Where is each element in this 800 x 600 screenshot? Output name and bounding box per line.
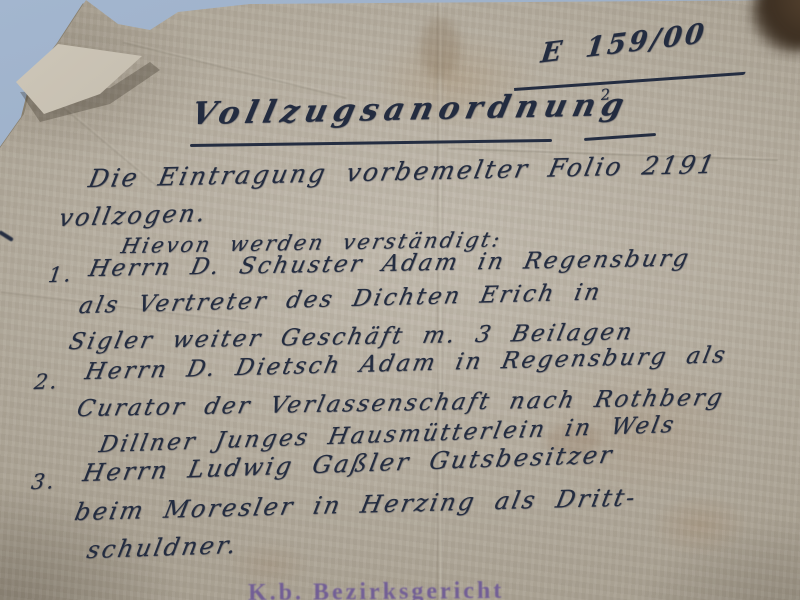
item-3-line-3: schuldner. [85,531,241,564]
item-1-number: 1. [47,262,75,287]
stain [420,18,460,78]
item-3-number: 3. [30,469,58,494]
item-2-number: 2. [33,369,61,394]
court-stamp-text: K.b. Bezirksgericht [248,578,505,600]
intro-line-2: vollzogen. [57,199,211,232]
photo-background: E 159/00 2 Vollzugsanordnung Die Eintrag… [0,0,800,600]
